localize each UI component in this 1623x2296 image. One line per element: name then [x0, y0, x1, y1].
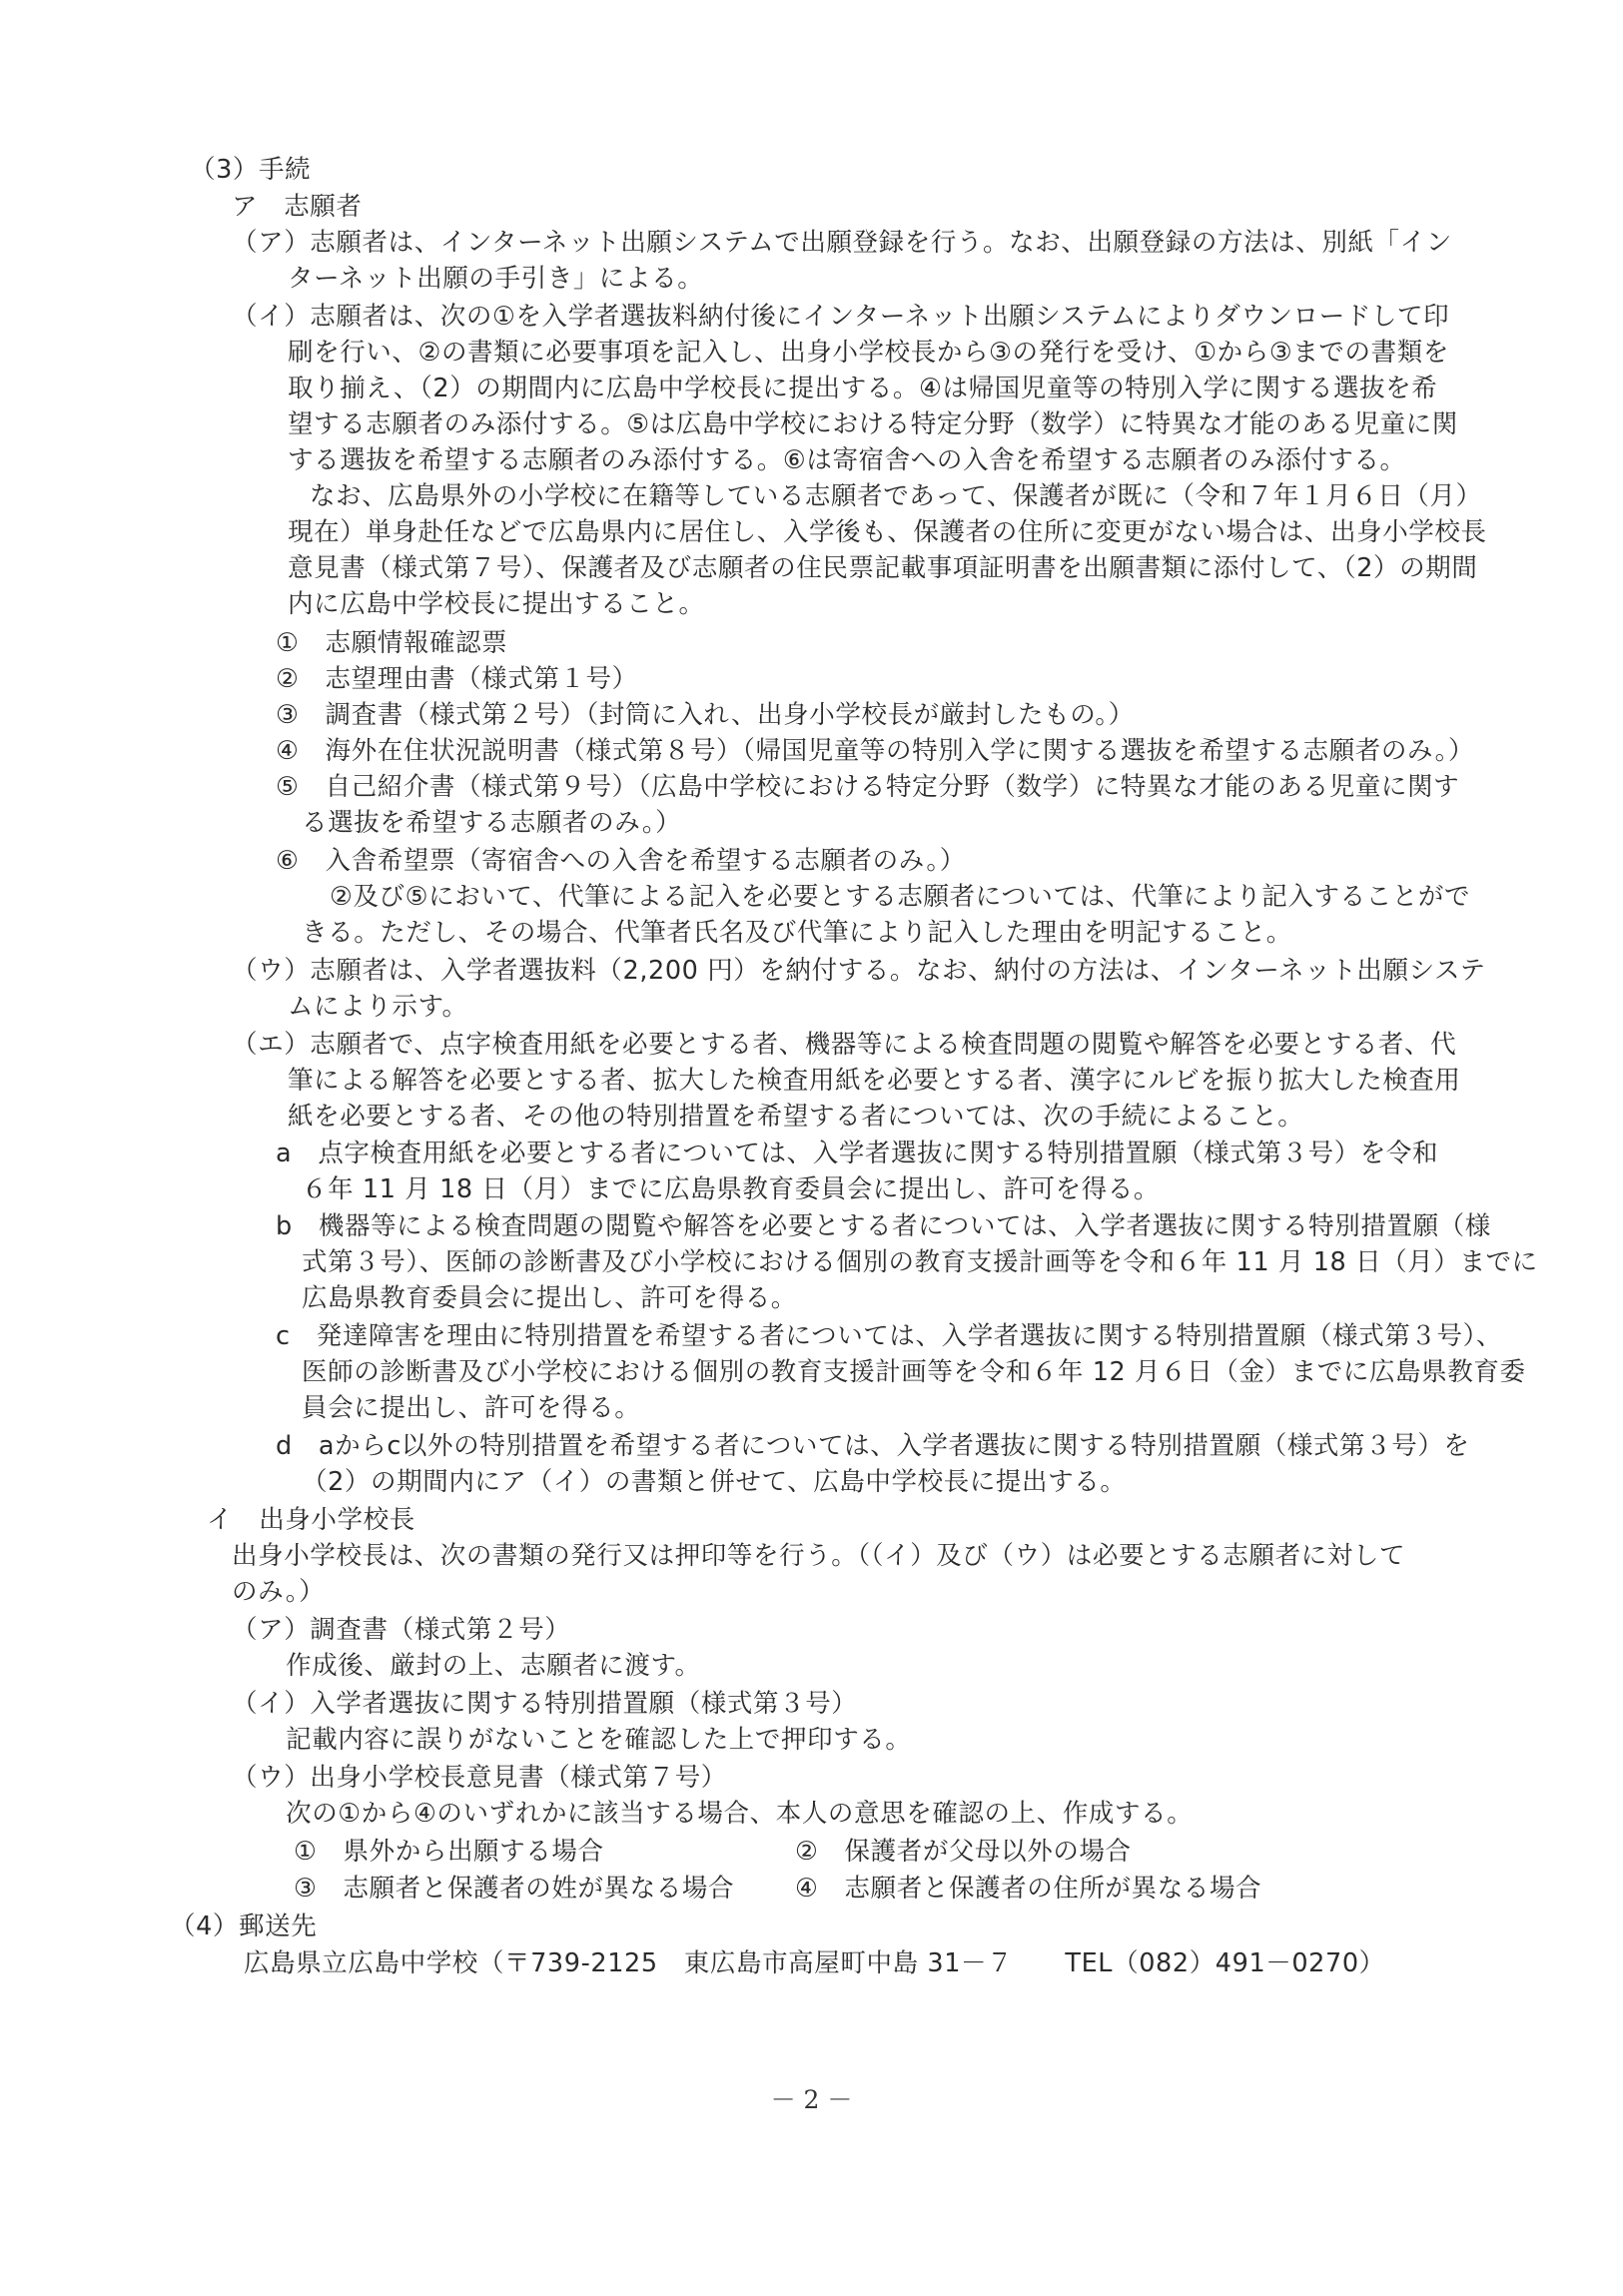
text-line: 出身小学校長は、次の書類の発行又は押印等を行う。（（イ）及び（ウ）は必要とする志… — [232, 1539, 1405, 1573]
text-line: る選抜を希望する志願者のみ。） — [302, 806, 681, 840]
text-line: 医師の診断書及び小学校における個別の教育支援計画等を令和６年 12 月６日（金）… — [302, 1355, 1526, 1389]
case-item: ③ 志願者と保護者の姓が異なる場合 — [294, 1872, 734, 1906]
text-line: ６年 11 月 18 日（月）までに広島県教育委員会に提出し、許可を得る。 — [302, 1172, 1160, 1206]
text-line: する選抜を希望する志願者のみ添付する。⑥は寄宿舎への入舎を希望する志願者のみ添付… — [288, 443, 1406, 477]
text-line: d aからc以外の特別措置を希望する者については、入学者選抜に関する特別措置願（… — [276, 1429, 1470, 1463]
text-line: 現在）単身赴任などで広島県内に居住し、入学後も、保護者の住所に変更がない場合は、… — [288, 515, 1487, 549]
text-line: （ア）調査書（様式第２号） — [232, 1613, 570, 1647]
text-line: 意見書（様式第７号）、保護者及び志願者の住民票記載事項証明書を出願書類に添付して… — [288, 551, 1477, 585]
case-item: ④ 志願者と保護者の住所が異なる場合 — [795, 1872, 1261, 1906]
text-line: ② 志望理由書（様式第１号） — [276, 662, 638, 696]
text-line: c 発達障害を理由に特別措置を希望する者については、入学者選抜に関する特別措置願… — [276, 1319, 1502, 1353]
text-line: a 点字検査用紙を必要とする者については、入学者選抜に関する特別措置願（様式第３… — [276, 1137, 1438, 1170]
text-line: （4）郵送先 — [170, 1910, 317, 1943]
text-line: なお、広島県外の小学校に在籍等している志願者であって、保護者が既に（令和７年１月… — [310, 479, 1482, 513]
text-line: （エ）志願者で、点字検査用紙を必要とする者、機器等による検査問題の閲覧や解答を必… — [232, 1028, 1456, 1062]
text-line: ④ 海外在住状況説明書（様式第８号）（帰国児童等の特別入学に関する選抜を希望する… — [276, 734, 1474, 768]
text-line: イ 出身小学校長 — [207, 1503, 415, 1537]
text-line: （ア）志願者は、インターネット出願システムで出願登録を行う。なお、出願登録の方法… — [232, 226, 1452, 260]
text-line: ③ 調査書（様式第２号）（封筒に入れ、出身小学校長が厳封したもの。） — [276, 698, 1135, 732]
text-line: 次の①から④のいずれかに該当する場合、本人の意思を確認の上、作成する。 — [260, 1797, 1193, 1831]
text-line: 取り揃え、（2）の期間内に広島中学校長に提出する。④は帰国児童等の特別入学に関す… — [288, 372, 1437, 405]
page-number: － 2 － — [0, 2080, 1623, 2116]
text-line: 内に広島中学校長に提出すること。 — [288, 587, 705, 621]
text-line: ア 志願者 — [232, 190, 363, 224]
text-line: （イ）志願者は、次の①を入学者選抜料納付後にインターネット出願システムによりダウ… — [232, 300, 1449, 334]
text-line: （イ）入学者選抜に関する特別措置願（様式第３号） — [232, 1687, 857, 1721]
text-line: 記載内容に誤りがないことを確認した上で押印する。 — [260, 1723, 912, 1757]
text-line: （2）の期間内にア（イ）の書類と併せて、広島中学校長に提出する。 — [302, 1465, 1126, 1499]
text-line: 作成後、厳封の上、志願者に渡す。 — [260, 1649, 701, 1683]
text-line: 望する志願者のみ添付する。⑤は広島中学校における特定分野（数学）に特異な才能のあ… — [288, 407, 1458, 441]
text-line: ムにより示す。 — [288, 990, 468, 1024]
case-item: ② 保護者が父母以外の場合 — [795, 1835, 1132, 1869]
text-line: 広島県立広島中学校（〒739-2125 東広島市高屋町中島 31－７ TEL（0… — [244, 1946, 1385, 1980]
text-line: ②及び⑤において、代筆による記入を必要とする志願者については、代筆により記入する… — [330, 880, 1470, 914]
text-line: （3）手続 — [190, 153, 311, 187]
case-item: ① 県外から出願する場合 — [294, 1835, 604, 1869]
text-line: ⑥ 入舎希望票（寄宿舎への入舎を希望する志願者のみ。） — [276, 844, 966, 878]
document-page: （3）手続ア 志願者（ア）志願者は、インターネット出願システムで出願登録を行う。… — [0, 0, 1623, 2296]
text-line: 刷を行い、②の書類に必要事項を記入し、出身小学校長から③の発行を受け、①から③ま… — [288, 336, 1449, 370]
text-line: きる。ただし、その場合、代筆者氏名及び代筆により記入した理由を明記すること。 — [302, 916, 1292, 950]
text-line: 広島県教育委員会に提出し、許可を得る。 — [302, 1281, 797, 1315]
text-line: 筆による解答を必要とする者、拡大した検査用紙を必要とする者、漢字にルビを振り拡大… — [288, 1064, 1461, 1098]
text-line: （ウ）志願者は、入学者選抜料（2,200 円）を納付する。なお、納付の方法は、イ… — [232, 954, 1486, 988]
text-line: ① 志願情報確認票 — [276, 626, 507, 660]
text-line: 式第３号）、医師の診断書及び小学校における個別の教育支援計画等を令和６年 11 … — [302, 1245, 1538, 1279]
text-line: ⑤ 自己紹介書（様式第９号）（広島中学校における特定分野（数学）に特異な才能のあ… — [276, 770, 1459, 804]
text-line: b 機器等による検査問題の閲覧や解答を必要とする者については、入学者選抜に関する… — [276, 1209, 1491, 1243]
text-line: （ウ）出身小学校長意見書（様式第７号） — [232, 1761, 727, 1795]
text-line: 紙を必要とする者、その他の特別措置を希望する者については、次の手続によること。 — [288, 1100, 1303, 1134]
text-line: ターネット出願の手引き」による。 — [288, 262, 703, 296]
text-line: のみ。） — [232, 1575, 325, 1609]
text-line: 員会に提出し、許可を得る。 — [302, 1391, 640, 1425]
